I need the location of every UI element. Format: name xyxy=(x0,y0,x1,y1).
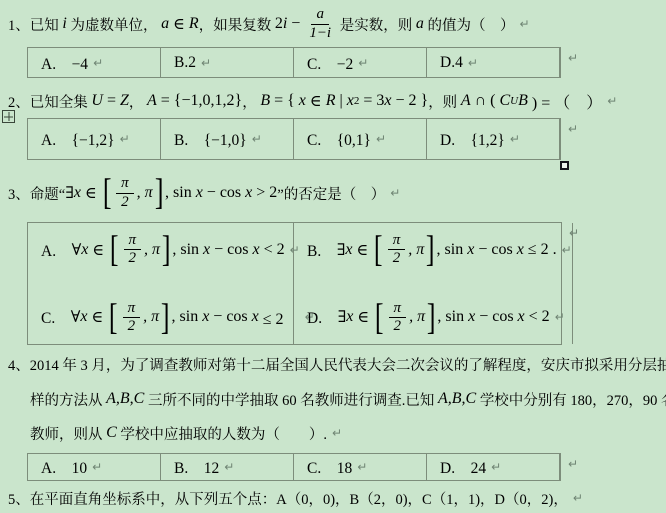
math-italic-run: x xyxy=(245,184,252,202)
math-italic-run: x xyxy=(517,241,524,259)
option-cell-q1-a: A. −4 ↵ xyxy=(28,48,161,77)
math-roman-run: − cos xyxy=(474,241,516,259)
option-text: A. 10 xyxy=(41,456,87,478)
question-3-stem: 3、命题“∃x ∈ [π2, π], sin x − cos x > 2”的否定… xyxy=(8,167,658,219)
cjk-text-run: 的值为（ ） xyxy=(424,14,515,35)
paragraph-mark-icon: ↵ xyxy=(357,460,367,474)
math-roman-run: = {−1,0,1,2} xyxy=(157,92,242,110)
fraction: π2 xyxy=(123,300,141,336)
math-italic-run: , π xyxy=(408,241,424,259)
math-roman-run: 2 xyxy=(275,15,283,33)
math-italic-run: Z xyxy=(120,92,129,110)
math-roman-run: , sin xyxy=(165,184,196,202)
math-italic-run: U xyxy=(91,92,103,110)
cjk-text-run: 为虚数单位， xyxy=(67,14,161,35)
math-italic-run: x xyxy=(202,308,209,326)
right-bracket: ] xyxy=(162,234,171,265)
option-label: B. xyxy=(307,239,337,261)
math-italic-run: C xyxy=(106,424,117,442)
math-italic-run: C xyxy=(499,92,510,110)
math-italic-run: A xyxy=(147,92,157,110)
math-roman-run: , sin xyxy=(437,241,468,259)
fraction-numerator: a xyxy=(311,6,329,24)
math-roman-run: ∀ xyxy=(72,240,82,260)
math-italic-run: , π xyxy=(409,308,425,326)
option-text: B. {−1,0} xyxy=(174,128,247,150)
paragraph-mark-icon: ↵ xyxy=(510,132,520,146)
option-text: A. {−1,2} xyxy=(41,128,115,150)
math-italic-run: , π xyxy=(137,184,153,202)
right-bracket: ] xyxy=(155,177,164,208)
paragraph-mark-icon: ↵ xyxy=(93,56,103,70)
math-roman-run: − cos xyxy=(209,308,251,326)
answer-table-q2: A. {−1,2} ↵ B. {−1,0} ↵ C. {0,1} ↵ D. {1… xyxy=(27,118,561,160)
paragraph-mark-icon: ↵ xyxy=(573,491,583,505)
fraction-denominator: 2 xyxy=(391,250,403,267)
answer-table-q4: A. 10 ↵ B. 12 ↵ C. 18 ↵ D. 24 ↵ ↵ xyxy=(27,453,561,481)
fraction-denominator: 2 xyxy=(119,194,131,211)
math-italic-run: A xyxy=(461,92,471,110)
math-italic-run: x xyxy=(467,241,474,259)
cjk-text-run: ，则 xyxy=(428,91,461,112)
paragraph-mark-icon: ↵ xyxy=(568,122,578,136)
question-5-stem: 5、在平面直角坐标系中，从下列五个点：A（0，0)，B（2，0)，C（1，1)，… xyxy=(8,486,664,510)
math-roman-run: ∈ xyxy=(353,240,373,260)
math-roman-run: < 2 xyxy=(260,241,285,259)
math-roman-run: , sin xyxy=(437,308,468,326)
option-cell-q4-c: C. 18 ↵ xyxy=(294,454,427,480)
paragraph-mark-icon: ↵ xyxy=(252,132,262,146)
paragraph-mark-icon: ↵ xyxy=(92,460,102,474)
option-cell-q2-a: A. {−1,2} ↵ xyxy=(28,119,161,159)
option-q3-a: A. ∀x ∈ [π2, π], sin x − cos x < 2↵ xyxy=(41,232,293,268)
cjk-text-run: 学校中应抽取的人数为（ ）. xyxy=(117,423,327,444)
math-roman-run: ) = （ ） xyxy=(528,90,602,113)
fraction-denominator: 2 xyxy=(127,250,139,267)
math-roman-run: − cos xyxy=(475,308,517,326)
paragraph-mark-icon: ↵ xyxy=(568,457,578,471)
math-roman-run: ∀ xyxy=(71,307,81,327)
math-italic-run: x xyxy=(253,241,260,259)
answer-table-q1: A. −4 ↵ B.2 ↵ C. −2 ↵ D.4 ↵ ↵ xyxy=(27,47,561,78)
option-text: C. {0,1} xyxy=(307,128,371,150)
math-roman-run: ∈ xyxy=(169,14,189,34)
paragraph-mark-icon: ↵ xyxy=(607,94,617,108)
option-cell-q4-a: A. 10 ↵ xyxy=(28,454,161,480)
fraction-denominator: 2 xyxy=(126,318,138,335)
math-italic-run: , π xyxy=(144,241,160,259)
answer-table-q3: A. ∀x ∈ [π2, π], sin x − cos x < 2↵ C. ∀… xyxy=(27,222,562,345)
fraction: a1−i xyxy=(307,6,333,42)
option-cell-q4-b: B. 12 ↵ xyxy=(161,454,294,480)
math-italic-run: x xyxy=(252,308,259,326)
math-italic-run: x xyxy=(74,184,81,202)
math-roman-run: = { xyxy=(270,92,299,110)
left-bracket: [ xyxy=(374,234,383,265)
math-roman-run: = 3 xyxy=(359,92,384,110)
left-bracket: [ xyxy=(109,302,118,333)
math-roman-run: − xyxy=(287,15,304,33)
cjk-text-run: 学校中分别有 180，270，90 名 xyxy=(476,389,666,410)
cjk-text-run: 4、2014 年 3 月，为了调查教师对第十二届全国人民代表大会二次会议的了解程… xyxy=(8,354,666,375)
question-1-stem: 1、已知 i 为虚数单位， a ∈ R，如果复数 2i − a1−i 是实数，则… xyxy=(8,4,658,44)
cjk-text-run: 是实数，则 xyxy=(336,14,416,35)
option-text: C. −2 xyxy=(307,52,353,74)
math-roman-run: ∈ xyxy=(87,307,107,327)
interval-bracket-group: [π2, π] xyxy=(373,300,437,336)
paragraph-mark-icon: ↵ xyxy=(569,226,579,240)
option-label: D. xyxy=(307,306,338,328)
fraction-numerator: π xyxy=(124,232,142,250)
paragraph-mark-icon: ↵ xyxy=(555,310,565,324)
option-text: B.2 xyxy=(174,54,196,72)
cjk-text-run: 2、已知全集 xyxy=(8,91,91,112)
option-cell-q1-d: D.4 ↵ xyxy=(427,48,560,77)
option-text: A. −4 xyxy=(41,52,88,74)
subscript: U xyxy=(510,95,518,107)
option-text: D. {1,2} xyxy=(440,128,505,150)
paragraph-mark-icon: ↵ xyxy=(201,56,211,70)
paragraph-mark-icon: ↵ xyxy=(376,132,386,146)
cjk-text-run: ，如果复数 xyxy=(199,14,275,35)
math-roman-run: , sin xyxy=(172,308,203,326)
math-italic-run: , π xyxy=(143,308,159,326)
option-label: C. xyxy=(41,306,71,328)
math-italic-run: A,B,C xyxy=(106,390,144,408)
cjk-text-run: ， xyxy=(129,91,147,112)
math-italic-run: x xyxy=(347,92,354,110)
cjk-text-run: 三所不同的中学抽取 60 名教师进行调查.已知 xyxy=(144,389,438,410)
math-roman-run: = xyxy=(103,92,120,110)
interval-bracket-group: [π2, π] xyxy=(372,232,436,268)
document-page: { "page": { "bg": "#cae5cc", "table_bord… xyxy=(0,0,666,513)
question-2-stem: 2、已知全集 U = Z， A = {−1,0,1,2}， B = { x ∈ … xyxy=(8,88,658,114)
option-column-right: B. ∃x ∈ [π2, π], sin x − cos x ≤ 2 .↵ D.… xyxy=(294,223,573,344)
math-roman-run: ∩ ( xyxy=(471,92,500,110)
math-roman-run: − cos xyxy=(203,184,245,202)
paragraph-mark-icon: ↵ xyxy=(468,56,478,70)
math-roman-run: − 2 } xyxy=(391,92,428,110)
math-roman-run: , sin xyxy=(172,241,203,259)
paragraph-mark-icon: ↵ xyxy=(224,460,234,474)
fraction-numerator: π xyxy=(116,175,134,193)
option-q3-b: B. ∃x ∈ [π2, π], sin x − cos x ≤ 2 .↵ xyxy=(307,232,572,268)
fraction: π2 xyxy=(388,232,406,268)
paragraph-mark-icon: ↵ xyxy=(491,460,501,474)
paragraph-mark-icon: ↵ xyxy=(519,17,529,31)
question-4-line-1: 4、2014 年 3 月，为了调查教师对第十二届全国人民代表大会二次会议的了解程… xyxy=(8,352,664,376)
cjk-text-run: 样的方法从 xyxy=(30,389,106,410)
math-italic-run: x xyxy=(345,241,352,259)
paragraph-mark-icon: ↵ xyxy=(120,132,130,146)
paragraph-mark-icon: ↵ xyxy=(390,186,400,200)
fraction: π2 xyxy=(389,300,407,336)
interval-bracket-group: [π2, π] xyxy=(101,175,165,211)
fraction-numerator: π xyxy=(388,232,406,250)
math-italic-run: R xyxy=(189,15,199,33)
math-italic-run: R xyxy=(326,92,336,110)
math-italic-run: x xyxy=(468,308,475,326)
question-4-line-2: 样的方法从 A,B,C 三所不同的中学抽取 60 名教师进行调查.已知 A,B,… xyxy=(30,387,664,411)
math-italic-run: x xyxy=(299,92,306,110)
paragraph-mark-icon: ↵ xyxy=(332,426,342,440)
question-4-line-3: 教师，则从 C 学校中应抽取的人数为（ ）.↵ xyxy=(30,420,664,446)
math-italic-run: x xyxy=(346,308,353,326)
cjk-text-run: 5、在平面直角坐标系中，从下列五个点：A（0，0)，B（2，0)，C（1，1)，… xyxy=(8,488,568,509)
math-italic-run: B xyxy=(260,92,270,110)
cjk-text-run: 3、命题“ xyxy=(8,183,65,204)
option-text: C. 18 xyxy=(307,456,352,478)
table-move-handle-icon[interactable] xyxy=(2,110,15,123)
option-cell-q2-d: D. {1,2} ↵ xyxy=(427,119,560,159)
cjk-text-run: ”的否定是（ ） xyxy=(277,183,385,204)
paragraph-mark-icon: ↵ xyxy=(562,243,572,257)
option-text: B. 12 xyxy=(174,456,219,478)
left-bracket: [ xyxy=(103,177,112,208)
math-roman-run: ∈ xyxy=(88,240,108,260)
math-italic-run: x xyxy=(518,308,525,326)
fraction: π2 xyxy=(124,232,142,268)
math-italic-run: A,B,C xyxy=(438,390,476,408)
right-bracket: ] xyxy=(161,302,170,333)
option-column-left: A. ∀x ∈ [π2, π], sin x − cos x < 2↵ C. ∀… xyxy=(28,223,294,344)
math-roman-run: ∃ xyxy=(65,183,74,203)
fraction-denominator: 1−i xyxy=(307,25,333,42)
option-text: D. 24 xyxy=(440,456,486,478)
math-roman-run: | xyxy=(336,92,347,110)
option-q3-d: D. ∃x ∈ [π2, π], sin x − cos x < 2↵ xyxy=(307,300,572,336)
right-bracket: ] xyxy=(427,302,436,333)
option-cell-q1-c: C. −2 ↵ xyxy=(294,48,427,77)
option-cell-q1-b: B.2 ↵ xyxy=(161,48,294,77)
math-italic-run: x xyxy=(80,308,87,326)
math-roman-run: ∈ xyxy=(353,307,373,327)
math-italic-run: x xyxy=(203,241,210,259)
fraction: π2 xyxy=(116,175,134,211)
interval-bracket-group: [π2, π] xyxy=(107,300,171,336)
option-cell-q2-c: C. {0,1} ↵ xyxy=(294,119,427,159)
math-roman-run: − cos xyxy=(210,241,252,259)
paragraph-mark-icon: ↵ xyxy=(568,51,578,65)
math-italic-run: a xyxy=(161,15,169,33)
option-text: D.4 xyxy=(440,54,463,72)
fraction-denominator: 2 xyxy=(392,318,404,335)
fraction-numerator: π xyxy=(389,300,407,318)
left-bracket: [ xyxy=(375,302,384,333)
option-q3-c: C. ∀x ∈ [π2, π], sin x − cos x ≤ 2 ↵ xyxy=(41,300,293,336)
math-roman-run: ∈ xyxy=(81,183,101,203)
math-roman-run: ≤ 2 . xyxy=(524,241,557,259)
math-italic-run: a xyxy=(416,15,424,33)
option-cell-q4-d: D. 24 ↵ xyxy=(427,454,560,480)
math-italic-run: B xyxy=(518,92,528,110)
interval-bracket-group: [π2, π] xyxy=(108,232,172,268)
math-roman-run: > 2 xyxy=(252,184,277,202)
option-cell-q2-b: B. {−1,0} ↵ xyxy=(161,119,294,159)
fraction-numerator: π xyxy=(123,300,141,318)
cjk-text-run: 1、已知 xyxy=(8,14,62,35)
option-label: A. xyxy=(41,239,72,261)
math-italic-run: x xyxy=(384,92,391,110)
math-roman-run: ∈ xyxy=(306,91,326,111)
cjk-text-run: ， xyxy=(242,91,260,112)
cjk-text-run: 教师，则从 xyxy=(30,423,106,444)
math-italic-run: x xyxy=(81,241,88,259)
left-bracket: [ xyxy=(110,234,119,265)
math-roman-run: < 2 xyxy=(525,308,550,326)
right-bracket: ] xyxy=(426,234,435,265)
paragraph-mark-icon: ↵ xyxy=(358,56,368,70)
math-roman-run: ∃ xyxy=(338,307,347,327)
math-italic-run: x xyxy=(196,184,203,202)
